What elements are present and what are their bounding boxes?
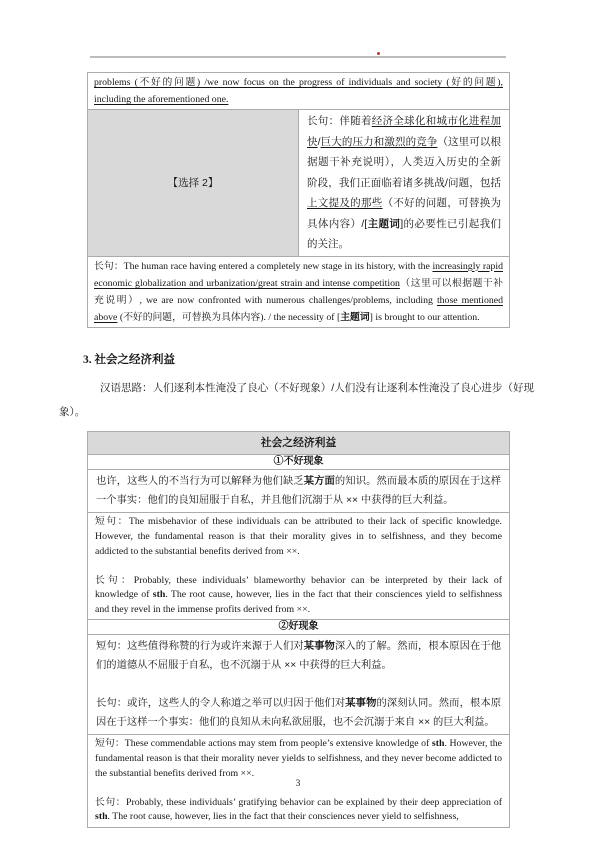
table-row: 【选择 2】 长句：伴随着经济全球化和城市化进程加快/巨大的压力和激烈的竞争（这… xyxy=(88,110,510,257)
chinese-good-phenomenon-cell: 短句：这些值得称赞的行为或许来源于人们对某事物深入的了解。然而，根本原因在于他们… xyxy=(88,635,510,735)
table-row: 社会之经济利益 xyxy=(88,432,510,455)
english-long-sentence-cell: 长句：The human race having entered a compl… xyxy=(88,256,510,328)
chinese-long-sentence-cell: 长句：伴随着经济全球化和城市化进程加快/巨大的压力和激烈的竞争（这里可以根据题干… xyxy=(299,110,510,257)
long-sentence-paragraph: 长句：Probably, these individuals’ gratifyi… xyxy=(95,796,502,825)
table-row: problems (不好的问题) /we now focus on the pr… xyxy=(88,73,510,110)
english-continuation-cell: problems (不好的问题) /we now focus on the pr… xyxy=(88,73,510,110)
table-row: 短句：The misbehavior of these individuals … xyxy=(88,513,510,620)
long-sentence-paragraph: 长句：或许，这些人的令人称道之举可以归因于他们对某事物的深刻认同。然而，根本原因… xyxy=(96,694,501,732)
section-heading: 3. 社会之经济利益 xyxy=(83,351,534,367)
english-bad-phenomenon-cell: 短句：The misbehavior of these individuals … xyxy=(88,513,510,620)
table-row: ②好现象 xyxy=(88,620,510,635)
table-row: 长句：The human race having entered a compl… xyxy=(88,256,510,328)
header-mark-dot xyxy=(377,52,380,55)
sentence-template-table-1: problems (不好的问题) /we now focus on the pr… xyxy=(87,72,510,328)
table-row: ①不好现象 xyxy=(88,455,510,470)
short-sentence-paragraph: 短句：这些值得称赞的行为或许来源于人们对某事物深入的了解。然而，根本原因在于他们… xyxy=(96,637,501,675)
option-2-label-cell: 【选择 2】 xyxy=(88,110,299,257)
page-number: 3 xyxy=(0,779,596,789)
table-row: 短句：这些值得称赞的行为或许来源于人们对某事物深入的了解。然而，根本原因在于他们… xyxy=(88,635,510,735)
long-sentence-paragraph: 长句：Probably, these individuals’ blamewor… xyxy=(95,574,502,618)
page-content: problems (不好的问题) /we now focus on the pr… xyxy=(59,72,534,828)
chinese-thought-intro: 汉语思路：人们逐利本性淹没了良心（不好现象）/人们没有让逐利本性淹没了良心进步（… xyxy=(59,376,534,424)
chinese-bad-phenomenon-cell: 也许，这些人的不当行为可以解释为他们缺乏某方面的知识。然而最本质的原因在于这样一… xyxy=(88,470,510,513)
table-title-cell: 社会之经济利益 xyxy=(88,432,510,455)
sentence-template-table-2: 社会之经济利益 ①不好现象 也许，这些人的不当行为可以解释为他们缺乏某方面的知识… xyxy=(87,431,510,828)
short-sentence-paragraph: 短句：The misbehavior of these individuals … xyxy=(95,515,502,559)
table-row: 也许，这些人的不当行为可以解释为他们缺乏某方面的知识。然而最本质的原因在于这样一… xyxy=(88,470,510,513)
document-page: problems (不好的问题) /we now focus on the pr… xyxy=(0,0,596,842)
subheading-good-phenomenon: ②好现象 xyxy=(88,620,510,635)
short-sentence-paragraph: 短句：These commendable actions may stem fr… xyxy=(95,737,502,781)
header-rule xyxy=(90,56,506,58)
subheading-bad-phenomenon: ①不好现象 xyxy=(88,455,510,470)
